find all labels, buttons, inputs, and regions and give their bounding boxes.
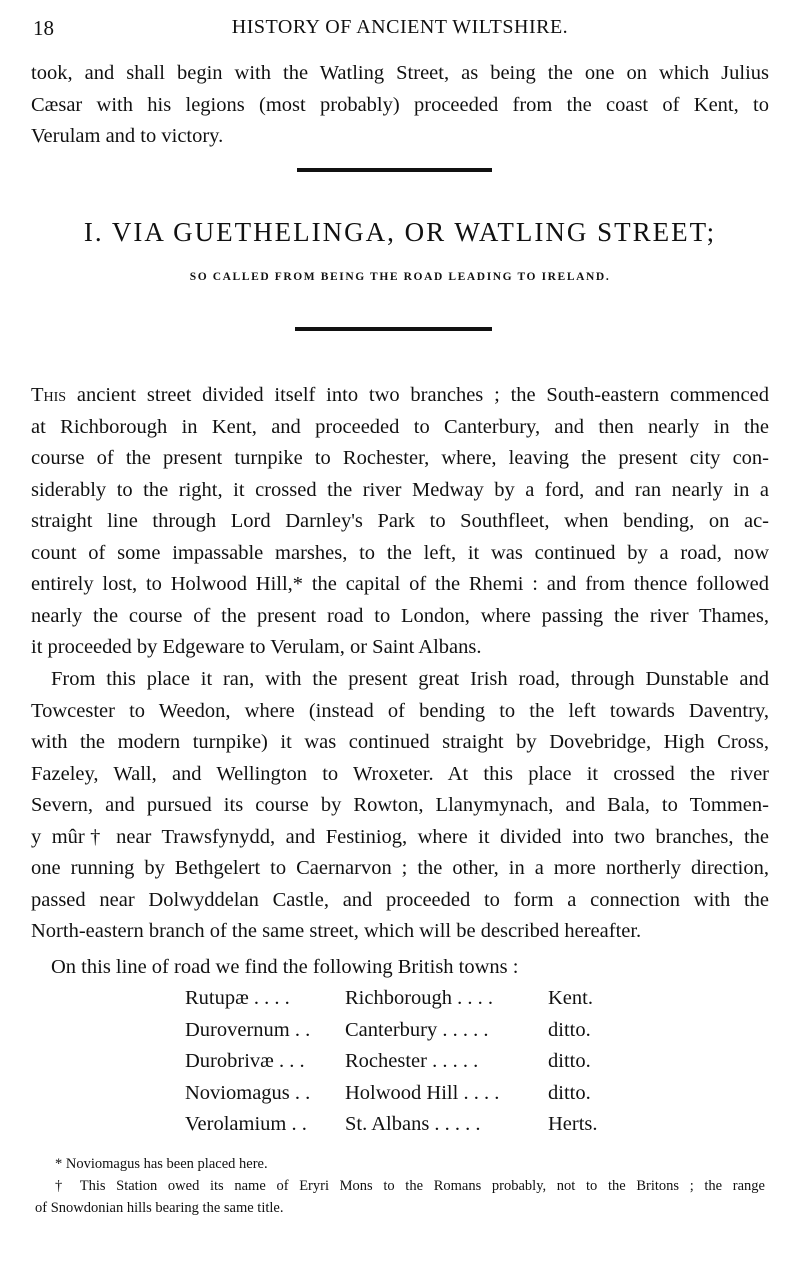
modern-name: Rochester . . . . . bbox=[345, 1046, 548, 1078]
table-row: Durovernum . . Canterbury . . . . . ditt… bbox=[185, 1015, 598, 1047]
footnotes: * Noviomagus has been placed here. † Thi… bbox=[35, 1153, 765, 1219]
text-line: course of the present turnpike to Roches… bbox=[31, 443, 769, 475]
text-line: Cæsar with his legions (most probably) p… bbox=[31, 90, 769, 122]
text-line: count of some impassable marshes, to the… bbox=[31, 538, 769, 570]
roman-name: Noviomagus . . bbox=[185, 1078, 345, 1110]
table-row: Noviomagus . . Holwood Hill . . . . ditt… bbox=[185, 1078, 598, 1110]
drop-word: This bbox=[31, 384, 66, 406]
table-row: Rutupæ . . . . Richborough . . . . Kent. bbox=[185, 983, 598, 1015]
text-line: straight line through Lord Darnley's Par… bbox=[31, 506, 769, 538]
modern-name: Richborough . . . . bbox=[345, 983, 548, 1015]
modern-name: St. Albans . . . . . bbox=[345, 1109, 548, 1141]
roman-name: Durovernum . . bbox=[185, 1015, 345, 1047]
text-line: it proceeded by Edgeware to Verulam, or … bbox=[31, 632, 769, 664]
text-line: Verulam and to victory. bbox=[31, 121, 769, 153]
text-line: nearly the course of the present road to… bbox=[31, 601, 769, 633]
text-line: at Richborough in Kent, and proceeded to… bbox=[31, 412, 769, 444]
text-line: Severn, and pursued its course by Rowton… bbox=[31, 790, 769, 822]
table-row: Verolamium . . St. Albans . . . . . Hert… bbox=[185, 1109, 598, 1141]
footnote-2-cont: of Snowdonian hills bearing the same tit… bbox=[35, 1197, 765, 1219]
text-line: passed near Dolwyddelan Castle, and proc… bbox=[31, 885, 769, 917]
text-line: took, and shall begin with the Watling S… bbox=[31, 58, 769, 90]
county: ditto. bbox=[548, 1015, 591, 1047]
text-line: siderably to the right, it crossed the r… bbox=[31, 475, 769, 507]
text-line: On this line of road we find the followi… bbox=[31, 952, 769, 984]
roman-name: Verolamium . . bbox=[185, 1109, 345, 1141]
text-line: Fazeley, Wall, and Wellington to Wroxete… bbox=[31, 759, 769, 791]
text-line: one running by Bethgelert to Caernarvon … bbox=[31, 853, 769, 885]
modern-name: Holwood Hill . . . . bbox=[345, 1078, 548, 1110]
roman-name: Durobrivæ . . . bbox=[185, 1046, 345, 1078]
county: ditto. bbox=[548, 1078, 591, 1110]
towns-table: Rutupæ . . . . Richborough . . . . Kent.… bbox=[185, 983, 598, 1141]
running-title: HISTORY OF ANCIENT WILTSHIRE. bbox=[0, 16, 800, 39]
paragraph-3: On this line of road we find the followi… bbox=[31, 952, 769, 984]
footnote-1: * Noviomagus has been placed here. bbox=[35, 1153, 765, 1175]
text-line: This ancient street divided itself into … bbox=[31, 380, 769, 412]
county: ditto. bbox=[548, 1046, 591, 1078]
text-line: Towcester to Weedon, where (instead of b… bbox=[31, 696, 769, 728]
text-line: with the modern turnpike) it was continu… bbox=[31, 727, 769, 759]
running-head: 18 HISTORY OF ANCIENT WILTSHIRE. bbox=[0, 14, 800, 44]
footnote-2: † This Station owed its name of Eryri Mo… bbox=[35, 1175, 765, 1197]
roman-name: Rutupæ . . . . bbox=[185, 983, 345, 1015]
section-title: I. VIA GUETHELINGA, OR WATLING STREET; bbox=[0, 217, 800, 248]
text-line: From this place it ran, with the present… bbox=[31, 664, 769, 696]
text-line: North-eastern branch of the same street,… bbox=[31, 916, 769, 948]
paragraph-1: This ancient street divided itself into … bbox=[31, 380, 769, 664]
table-row: Durobrivæ . . . Rochester . . . . . ditt… bbox=[185, 1046, 598, 1078]
intro-paragraph: took, and shall begin with the Watling S… bbox=[31, 58, 769, 153]
text-line: y mûr† near Trawsfynydd, and Festiniog, … bbox=[31, 822, 769, 854]
paragraph-2: From this place it ran, with the present… bbox=[31, 664, 769, 948]
text-line: entirely lost, to Holwood Hill,* the cap… bbox=[31, 569, 769, 601]
section-subtitle: SO CALLED FROM BEING THE ROAD LEADING TO… bbox=[0, 271, 800, 283]
modern-name: Canterbury . . . . . bbox=[345, 1015, 548, 1047]
county: Herts. bbox=[548, 1109, 598, 1141]
county: Kent. bbox=[548, 983, 593, 1015]
